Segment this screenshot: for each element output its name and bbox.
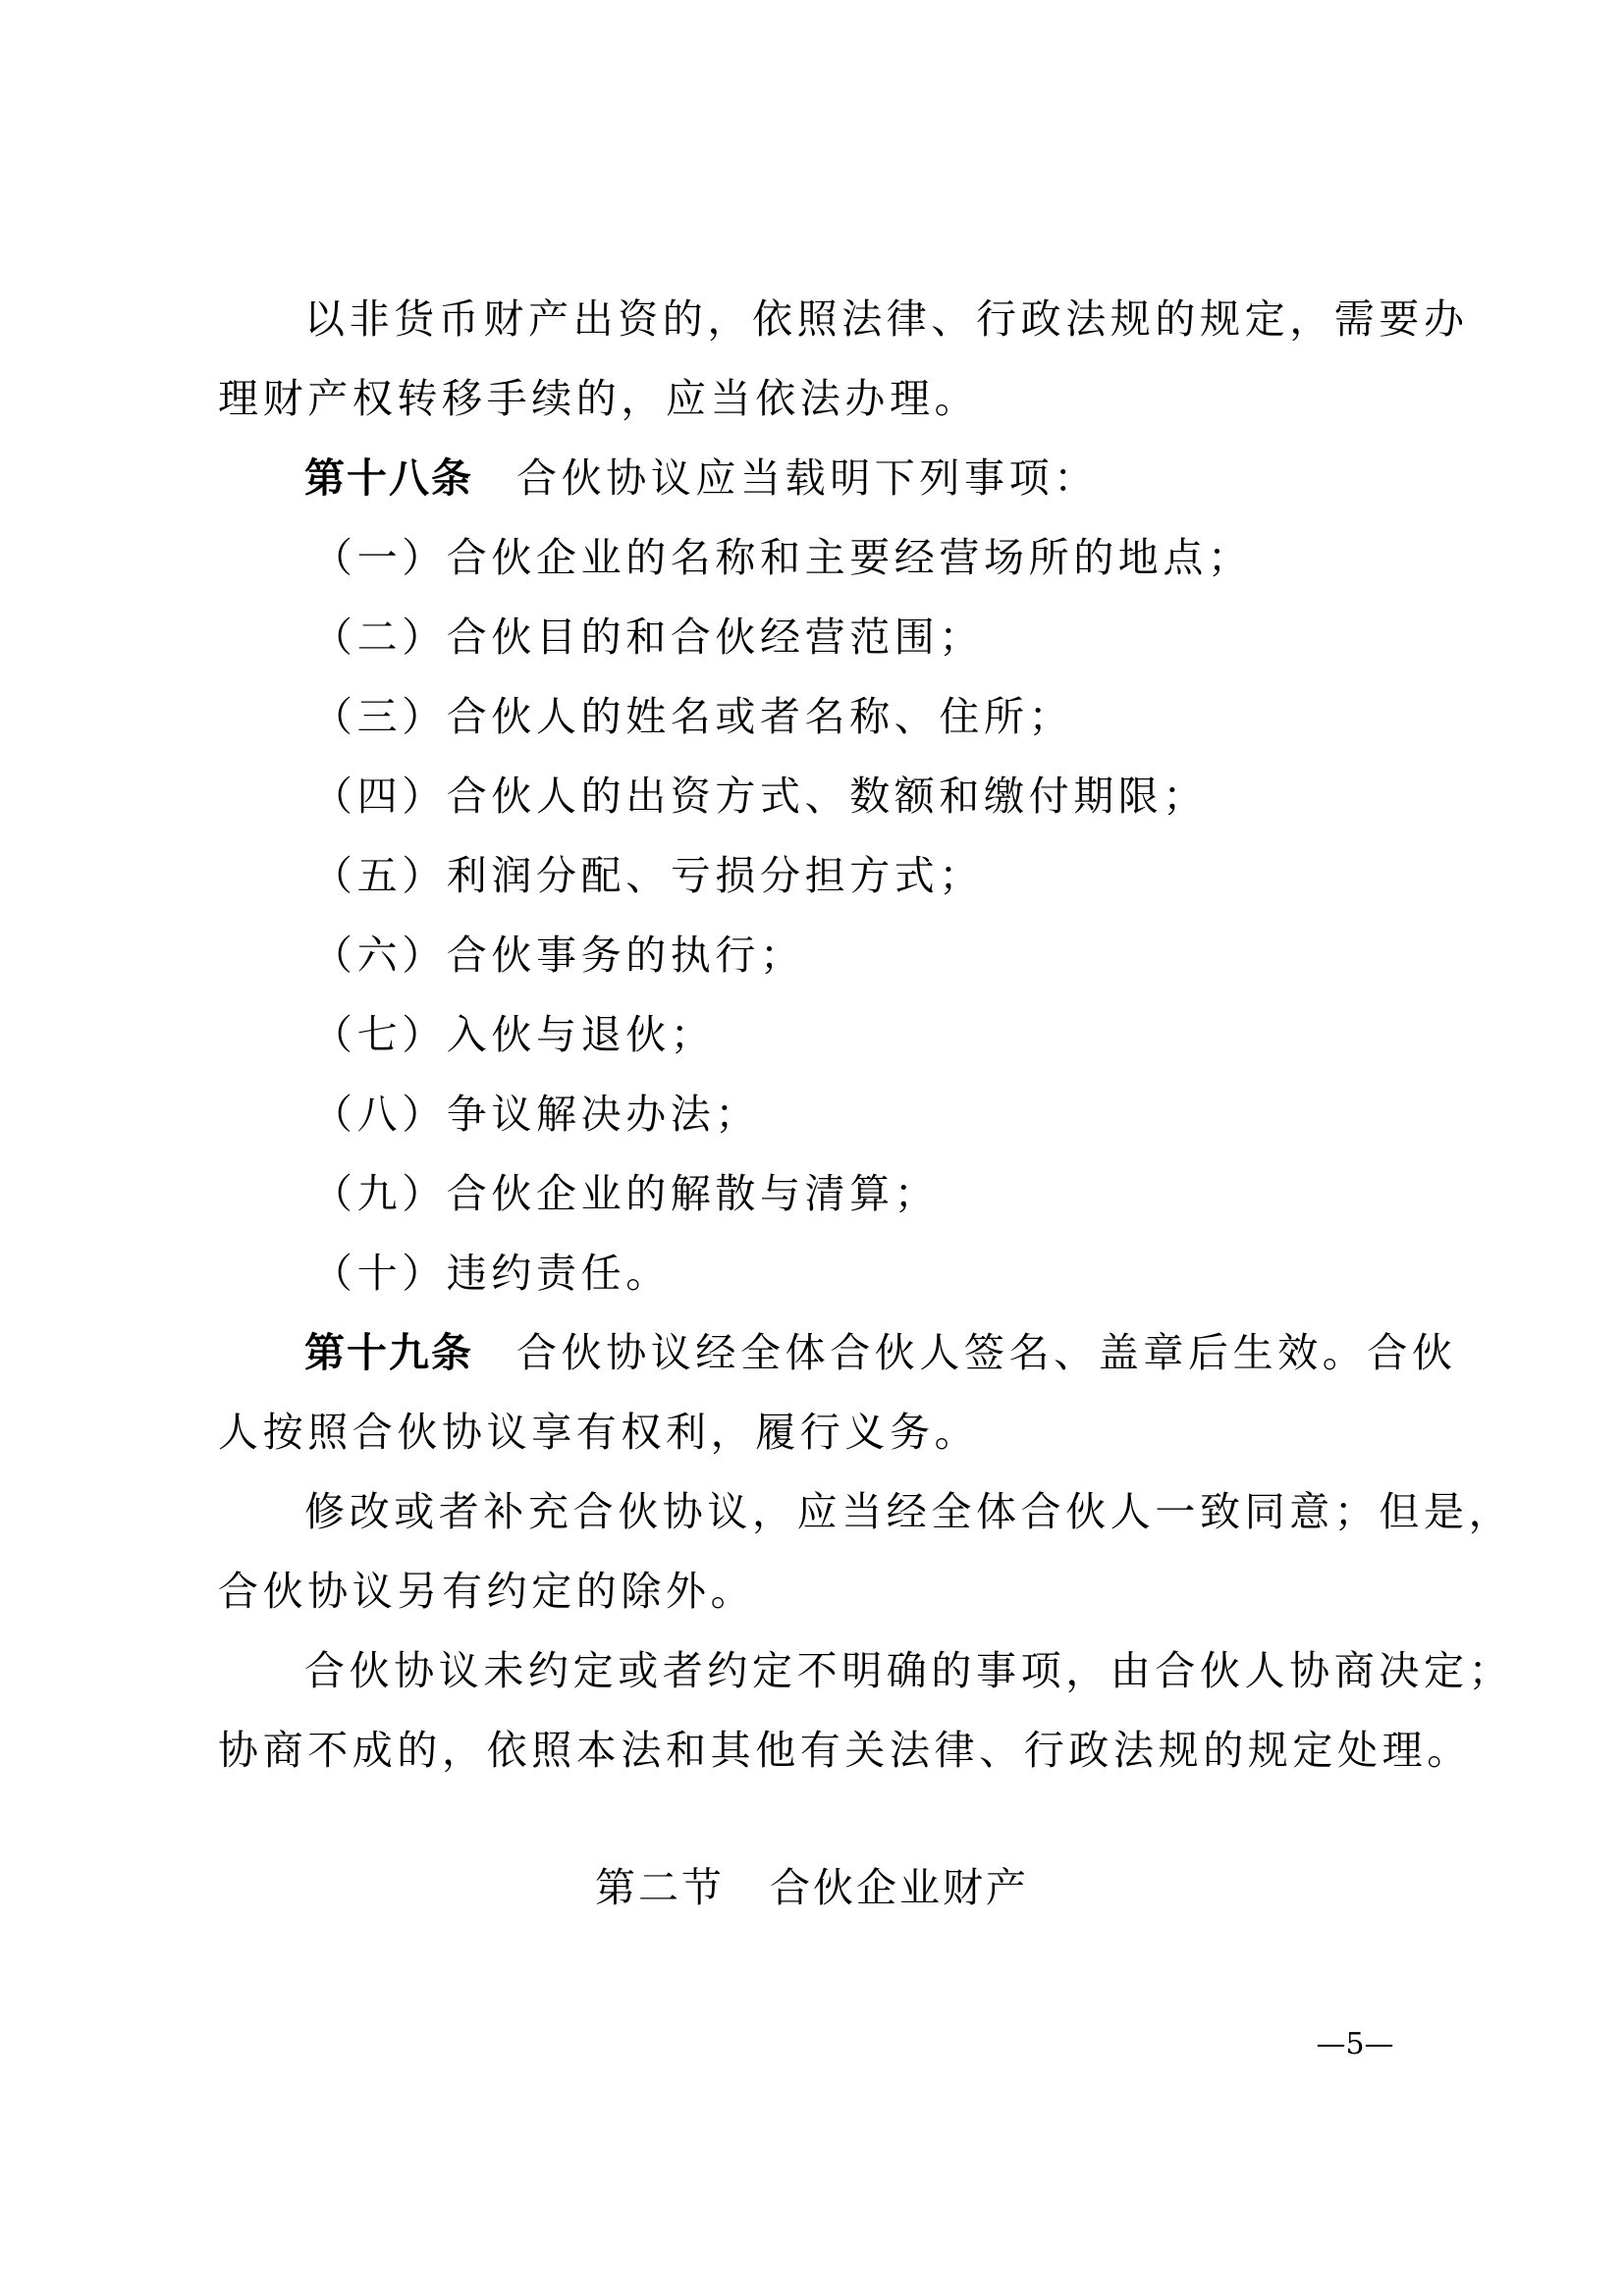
- list-item: （一）合伙企业的名称和主要经营场所的地点；: [312, 528, 1530, 587]
- article-text: 合伙协议应当载明下列事项：: [516, 454, 1099, 502]
- paragraph-line: 人按照合伙协议享有权利，履行义务。: [218, 1403, 1435, 1462]
- paragraph-line: 理财产权转移手续的，应当依法办理。: [218, 369, 1435, 428]
- article-number: 第十八条: [304, 454, 473, 502]
- list-item: （十）违约责任。: [312, 1244, 1530, 1303]
- section-heading: 第二节合伙企业财产: [0, 1858, 1624, 1917]
- list-item: （八）争议解决办法；: [312, 1085, 1530, 1144]
- paragraph-line: 合伙协议未约定或者约定不明确的事项，由合伙人协商决定；: [304, 1641, 1522, 1700]
- paragraph-line: 协商不成的，依照本法和其他有关法律、行政法规的规定处理。: [218, 1721, 1435, 1780]
- section-number: 第二节: [595, 1864, 725, 1911]
- section-title: 合伙企业财产: [770, 1864, 1029, 1911]
- list-item: （七）入伙与退伙；: [312, 1005, 1530, 1064]
- list-item: （三）合伙人的姓名或者名称、住所；: [312, 687, 1530, 746]
- document-page: 以非货币财产出资的，依照法律、行政法规的规定，需要办 理财产权转移手续的，应当依…: [0, 0, 1624, 2296]
- list-item: （四）合伙人的出资方式、数额和缴付期限；: [312, 767, 1530, 826]
- article-19-header: 第十九条合伙协议经全体合伙人签名、盖章后生效。合伙: [304, 1323, 1522, 1382]
- list-item: （六）合伙事务的执行；: [312, 926, 1530, 985]
- paragraph-line: 合伙协议另有约定的除外。: [218, 1562, 1435, 1621]
- article-text: 合伙协议经全体合伙人签名、盖章后生效。合伙: [516, 1329, 1457, 1376]
- list-item: （二）合伙目的和合伙经营范围；: [312, 608, 1530, 667]
- article-number: 第十九条: [304, 1329, 473, 1376]
- paragraph-line: 以非货币财产出资的，依照法律、行政法规的规定，需要办: [304, 290, 1522, 348]
- paragraph-line: 修改或者补充合伙协议，应当经全体合伙人一致同意；但是，: [304, 1482, 1522, 1541]
- list-item: （五）利润分配、亏损分担方式；: [312, 846, 1530, 905]
- page-number: —5—: [1286, 2020, 1424, 2069]
- list-item: （九）合伙企业的解散与清算；: [312, 1164, 1530, 1223]
- article-18-header: 第十八条合伙协议应当载明下列事项：: [304, 449, 1522, 507]
